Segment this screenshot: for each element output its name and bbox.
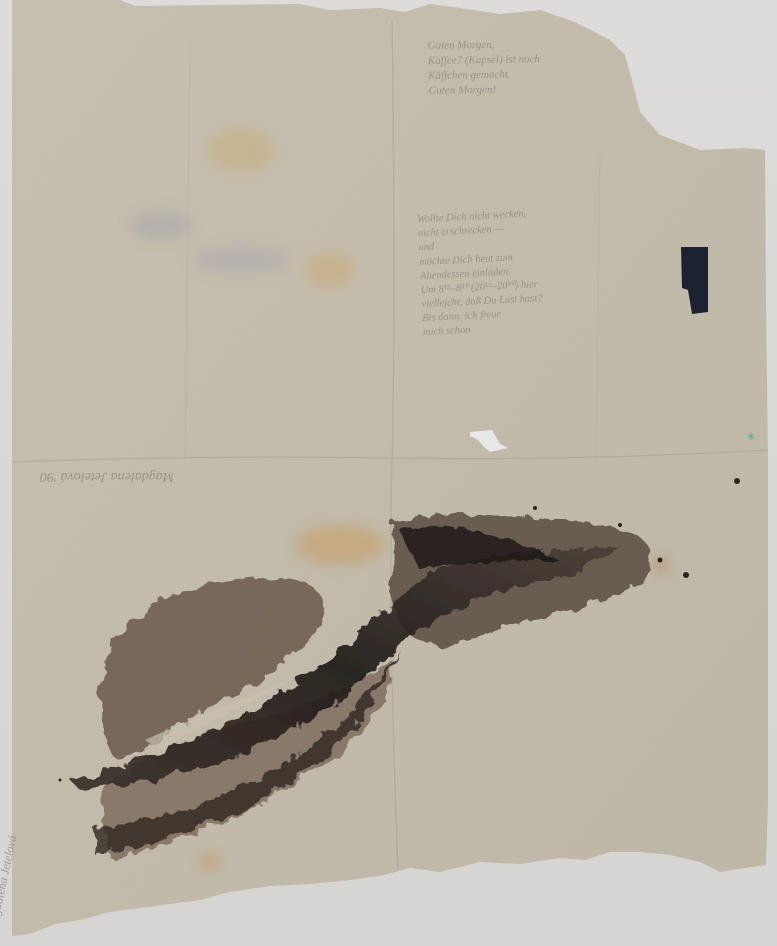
green-asterisk-mark: * [747, 429, 755, 448]
handwritten-note-top: Guten Morgen, Kaffee? (Kapsel) ist noch … [427, 37, 540, 98]
handwritten-note-middle: Wollte Dich nicht wecken, nicht erschrec… [417, 207, 545, 341]
artist-signature-dated: Magdalena Jetelová '90 [40, 466, 174, 485]
